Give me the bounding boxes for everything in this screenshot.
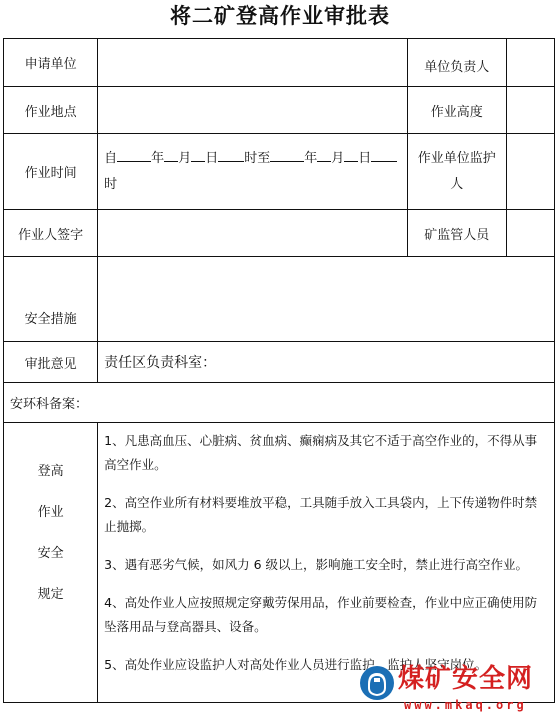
row-work-time: 作业时间 自年月日时至年月日时 作业单位监护人 — [4, 134, 555, 210]
start-day-blank[interactable] — [191, 149, 205, 162]
rules-label-line: 安全 — [4, 533, 97, 574]
work-time-field[interactable]: 自年月日时至年月日时 — [98, 134, 408, 210]
applicant-unit-label: 申请单位 — [4, 39, 98, 87]
mine-supervisor-label: 矿监管人员 — [407, 210, 506, 257]
unit-leader-field[interactable] — [506, 39, 554, 87]
rule-item: 2、高空作业所有材料要堆放平稳，工具随手放入工具袋内，上下传递物件时禁止抛掷。 — [104, 491, 548, 539]
safety-measures-label: 安全措施 — [4, 257, 98, 342]
rules-label-line: 作业 — [4, 492, 97, 533]
rules-label-line: 登高 — [4, 451, 97, 492]
month-unit: 月 — [178, 151, 191, 166]
safety-env-record-field[interactable]: 安环科备案： — [4, 383, 555, 423]
year-unit: 年 — [304, 151, 317, 166]
work-time-label: 作业时间 — [4, 134, 98, 210]
work-height-field[interactable] — [506, 87, 554, 134]
mine-supervisor-field[interactable] — [506, 210, 554, 257]
rule-item: 1、凡患高血压、心脏病、贫血病、癫痫病及其它不适于高空作业的，不得从事高空作业。 — [104, 429, 548, 477]
month-unit: 月 — [331, 151, 344, 166]
unit-leader-label: 单位负责人 — [407, 39, 506, 87]
year-unit: 年 — [151, 151, 164, 166]
approval-opinion-field[interactable]: 责任区负责科室： — [98, 342, 555, 383]
worker-signature-field[interactable] — [98, 210, 408, 257]
rule-item: 3、遇有恶劣气候，如风力 6 级以上，影响施工安全时，禁止进行高空作业。 — [104, 553, 548, 577]
approval-form-table: 申请单位 单位负责人 作业地点 作业高度 作业时间 自年月日时至年月日时 作业单… — [3, 38, 555, 703]
row-work-location: 作业地点 作业高度 — [4, 87, 555, 134]
work-location-label: 作业地点 — [4, 87, 98, 134]
watermark-text: 煤矿安全网 — [398, 662, 533, 696]
work-height-label: 作业高度 — [407, 87, 506, 134]
work-location-field[interactable] — [98, 87, 408, 134]
rule-item: 4、高处作业人应按照规定穿戴劳保用品，作业前要检查，作业中应正确使用防坠落用品与… — [104, 591, 548, 639]
watermark-url: www.mkaq.org — [404, 698, 527, 712]
time-from: 自 — [104, 151, 117, 166]
approval-opinion-label: 审批意见 — [4, 342, 98, 383]
row-approval-opinion: 审批意见 责任区负责科室： — [4, 342, 555, 383]
row-applicant-unit: 申请单位 单位负责人 — [4, 39, 555, 87]
supervisor-label: 作业单位监护人 — [407, 134, 506, 210]
row-safety-rules: 登高 作业 安全 规定 1、凡患高血压、心脏病、贫血病、癫痫病及其它不适于高空作… — [4, 423, 555, 703]
hour-unit: 时 — [104, 177, 117, 192]
day-unit: 日 — [205, 151, 218, 166]
row-safety-env-record: 安环科备案： — [4, 383, 555, 423]
rules-label-line: 规定 — [4, 574, 97, 615]
safety-rules-list: 1、凡患高血压、心脏病、贫血病、癫痫病及其它不适于高空作业的，不得从事高空作业。… — [98, 423, 555, 703]
safety-measures-field[interactable] — [98, 257, 555, 342]
start-hour-blank[interactable] — [218, 149, 244, 162]
worker-signature-label: 作业人签字 — [4, 210, 98, 257]
end-hour-blank[interactable] — [371, 149, 397, 162]
start-month-blank[interactable] — [164, 149, 178, 162]
page-title: 将二矿登高作业审批表 — [0, 2, 560, 30]
end-year-blank[interactable] — [270, 149, 304, 162]
supervisor-field[interactable] — [506, 134, 554, 210]
helmet-icon — [360, 666, 394, 700]
safety-rules-label: 登高 作业 安全 规定 — [4, 423, 98, 703]
end-month-blank[interactable] — [317, 149, 331, 162]
row-worker-signature: 作业人签字 矿监管人员 — [4, 210, 555, 257]
end-day-blank[interactable] — [344, 149, 358, 162]
day-unit: 日 — [358, 151, 371, 166]
hour-to-unit: 时至 — [244, 151, 270, 166]
applicant-unit-field[interactable] — [98, 39, 408, 87]
start-year-blank[interactable] — [117, 149, 151, 162]
row-safety-measures: 安全措施 — [4, 257, 555, 342]
site-watermark: 煤矿安全网 www.mkaq.org — [360, 664, 560, 714]
